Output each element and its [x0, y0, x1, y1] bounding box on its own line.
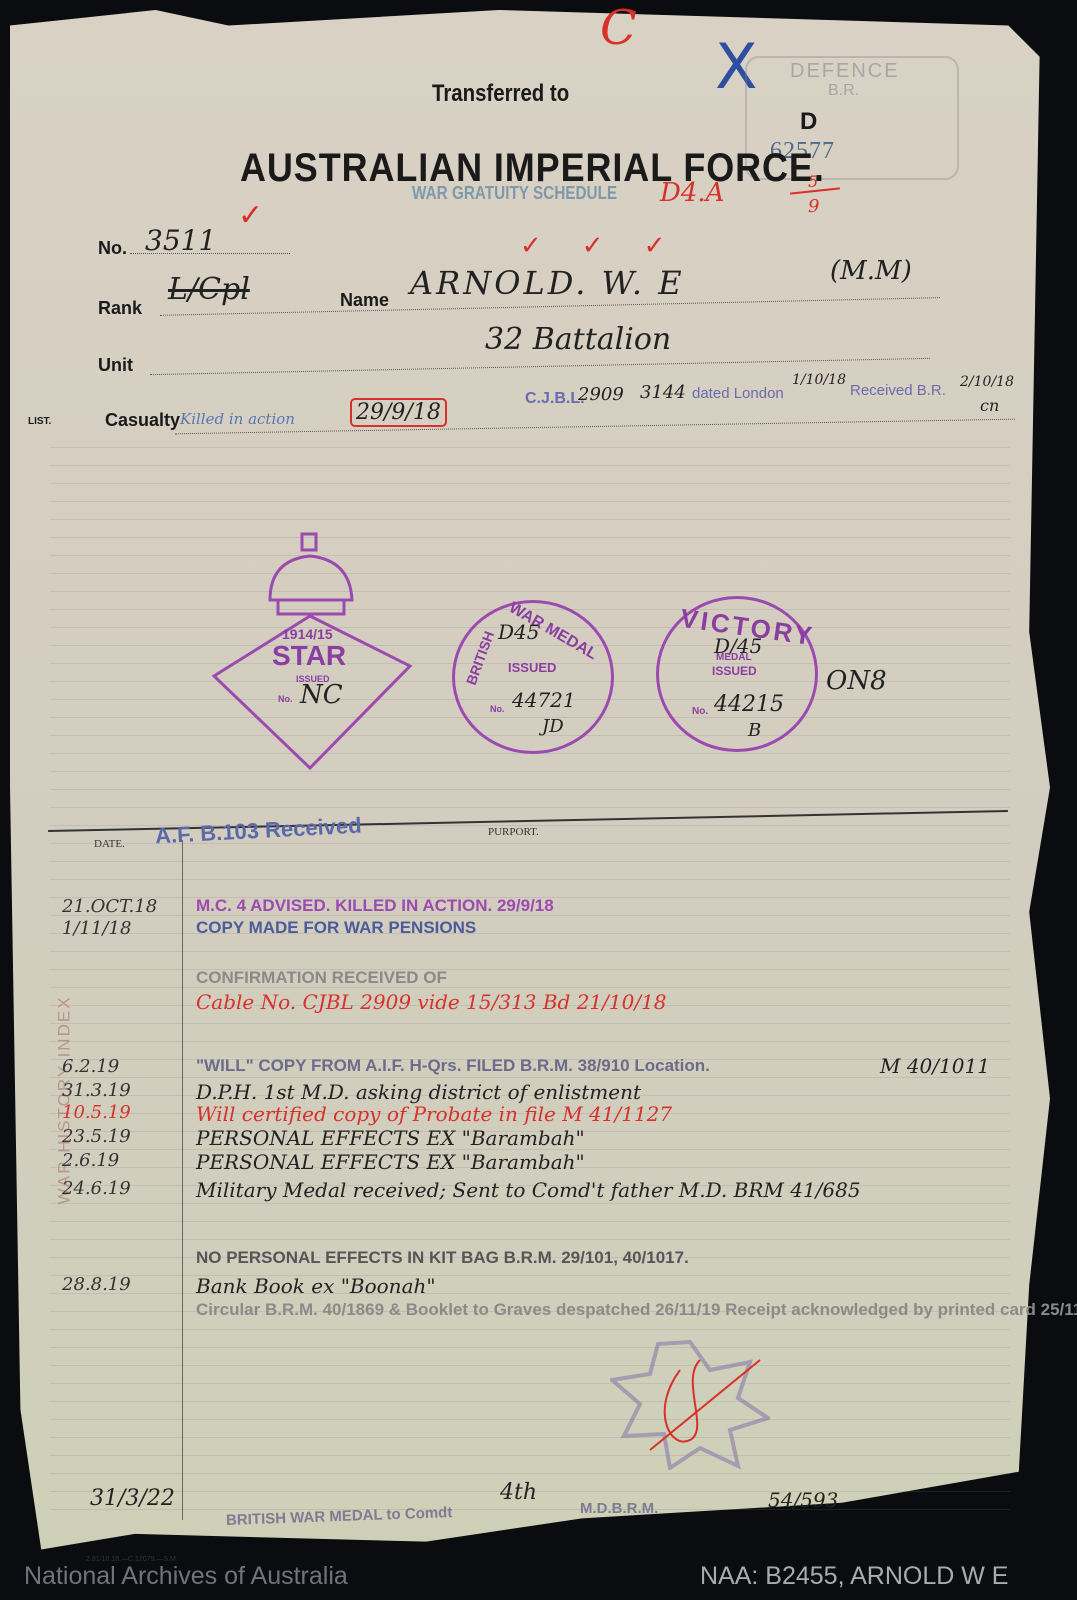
- victory-initials: B: [748, 720, 761, 741]
- no-label: No.: [98, 238, 127, 259]
- dated-value: 1/10/18: [792, 372, 846, 388]
- star-title: STAR: [272, 640, 346, 672]
- row-purport: M.C. 4 ADVISED. KILLED IN ACTION. 29/9/1…: [196, 896, 554, 916]
- medal-side-note: ON8: [826, 666, 887, 696]
- purport-header: PURPORT.: [488, 826, 539, 838]
- bottom-district: 4th: [500, 1480, 537, 1505]
- rank-value: L/Cpl: [168, 272, 250, 307]
- bwm-no-value: 44721: [512, 688, 576, 712]
- bwm-ref: D45: [498, 620, 539, 644]
- row-purport: PERSONAL EFFECTS EX "Barambah": [196, 1150, 585, 1174]
- row-date: 28.8.19: [62, 1274, 131, 1295]
- received-value: 2/10/18: [960, 374, 1014, 390]
- bottom-ref-label: M.D.B.R.M.: [580, 1500, 658, 1517]
- row-date: 10.5.19: [62, 1102, 131, 1123]
- rank-label: Rank: [98, 298, 142, 319]
- initials: cn: [980, 396, 999, 415]
- casualty-stamp: Killed in action: [180, 410, 295, 428]
- row-purport: Circular B.R.M. 40/1869 & Booklet to Gra…: [196, 1300, 1077, 1320]
- victory-issued: ISSUED: [712, 664, 757, 678]
- star-no-label: No.: [278, 694, 293, 704]
- check-mark: ✓: [238, 198, 263, 233]
- defence-stamp-line2: B.R.: [828, 82, 859, 100]
- row-date: 1/11/18: [62, 918, 131, 939]
- bwm-issued: ISSUED: [508, 660, 556, 675]
- row-purport: COPY MADE FOR WAR PENSIONS: [196, 918, 476, 938]
- cable-ref: C.J.B.L.: [525, 390, 585, 408]
- list-label: LIST.: [28, 416, 51, 427]
- record-citation: NAA: B2455, ARNOLD W E: [700, 1562, 1008, 1591]
- bottom-date: 31/3/22: [90, 1486, 175, 1511]
- date-column-divider: [182, 840, 183, 1520]
- row-date: 2.6.19: [62, 1150, 119, 1171]
- row-purport: Military Medal received; Sent to Comd't …: [196, 1178, 861, 1202]
- file-letter: D: [800, 108, 817, 136]
- right-note: M 40/1011: [880, 1054, 990, 1078]
- fraction-top: 5: [808, 172, 818, 191]
- record-star-stamp: [610, 1340, 770, 1470]
- unit-label: Unit: [98, 355, 133, 376]
- victory-no-value: 44215: [714, 692, 784, 717]
- bottom-ref-value: 54/593: [768, 1488, 838, 1512]
- star-no-value: NC: [300, 680, 343, 710]
- date-header: DATE.: [94, 838, 125, 850]
- row-purport: Cable No. CJBL 2909 vide 15/313 Bd 21/10…: [196, 990, 667, 1014]
- row-purport: NO PERSONAL EFFECTS IN KIT BAG B.R.M. 29…: [196, 1248, 689, 1268]
- name-value: ARNOLD. W. E: [410, 264, 685, 302]
- cable-list: 3144: [640, 382, 686, 403]
- no-line: [130, 253, 290, 254]
- row-purport: PERSONAL EFFECTS EX "Barambah": [196, 1126, 585, 1150]
- corner-mark-c: C: [600, 0, 637, 56]
- archive-watermark: National Archives of Australia: [24, 1562, 348, 1591]
- fraction-bottom: 9: [808, 196, 819, 217]
- dated-label: dated London: [692, 385, 784, 402]
- row-date: 23.5.19: [62, 1126, 131, 1147]
- cable-number: 2909: [578, 384, 624, 405]
- row-date: 6.2.19: [62, 1056, 119, 1077]
- casualty-date: 29/9/18: [350, 398, 447, 427]
- check-marks: ✓✓✓: [520, 230, 705, 261]
- honour-value: (M.M): [830, 256, 912, 286]
- row-date: 21.OCT.18: [62, 896, 157, 917]
- bwm-initials: JD: [542, 716, 564, 737]
- row-purport: CONFIRMATION RECEIVED OF: [196, 968, 447, 988]
- defence-stamp-line1: DEFENCE: [790, 60, 900, 83]
- casualty-label: Casualty: [105, 410, 180, 431]
- bwm-no-label: No.: [490, 704, 505, 714]
- victory-no-label: No.: [692, 706, 708, 717]
- transferred-to: Transferred to: [432, 80, 569, 108]
- war-gratuity-stamp: WAR GRATUITY SCHEDULE: [412, 183, 617, 204]
- row-date: 31.3.19: [62, 1080, 131, 1101]
- row-purport: "WILL" COPY FROM A.I.F. H-Qrs. FILED B.R…: [196, 1056, 710, 1076]
- row-date: 24.6.19: [62, 1178, 131, 1199]
- gratuity-ref: D4.A: [660, 178, 724, 208]
- name-label: Name: [340, 290, 389, 311]
- received-label: Received B.R.: [850, 382, 946, 399]
- row-purport: D.P.H. 1st M.D. asking district of enlis…: [196, 1080, 641, 1104]
- victory-sub: MEDAL: [716, 652, 752, 663]
- row-purport: Bank Book ex "Boonah": [196, 1274, 436, 1298]
- unit-value: 32 Battalion: [485, 322, 671, 357]
- row-purport: Will certified copy of Probate in file M…: [196, 1102, 672, 1126]
- ruled-lines: [50, 430, 1010, 1510]
